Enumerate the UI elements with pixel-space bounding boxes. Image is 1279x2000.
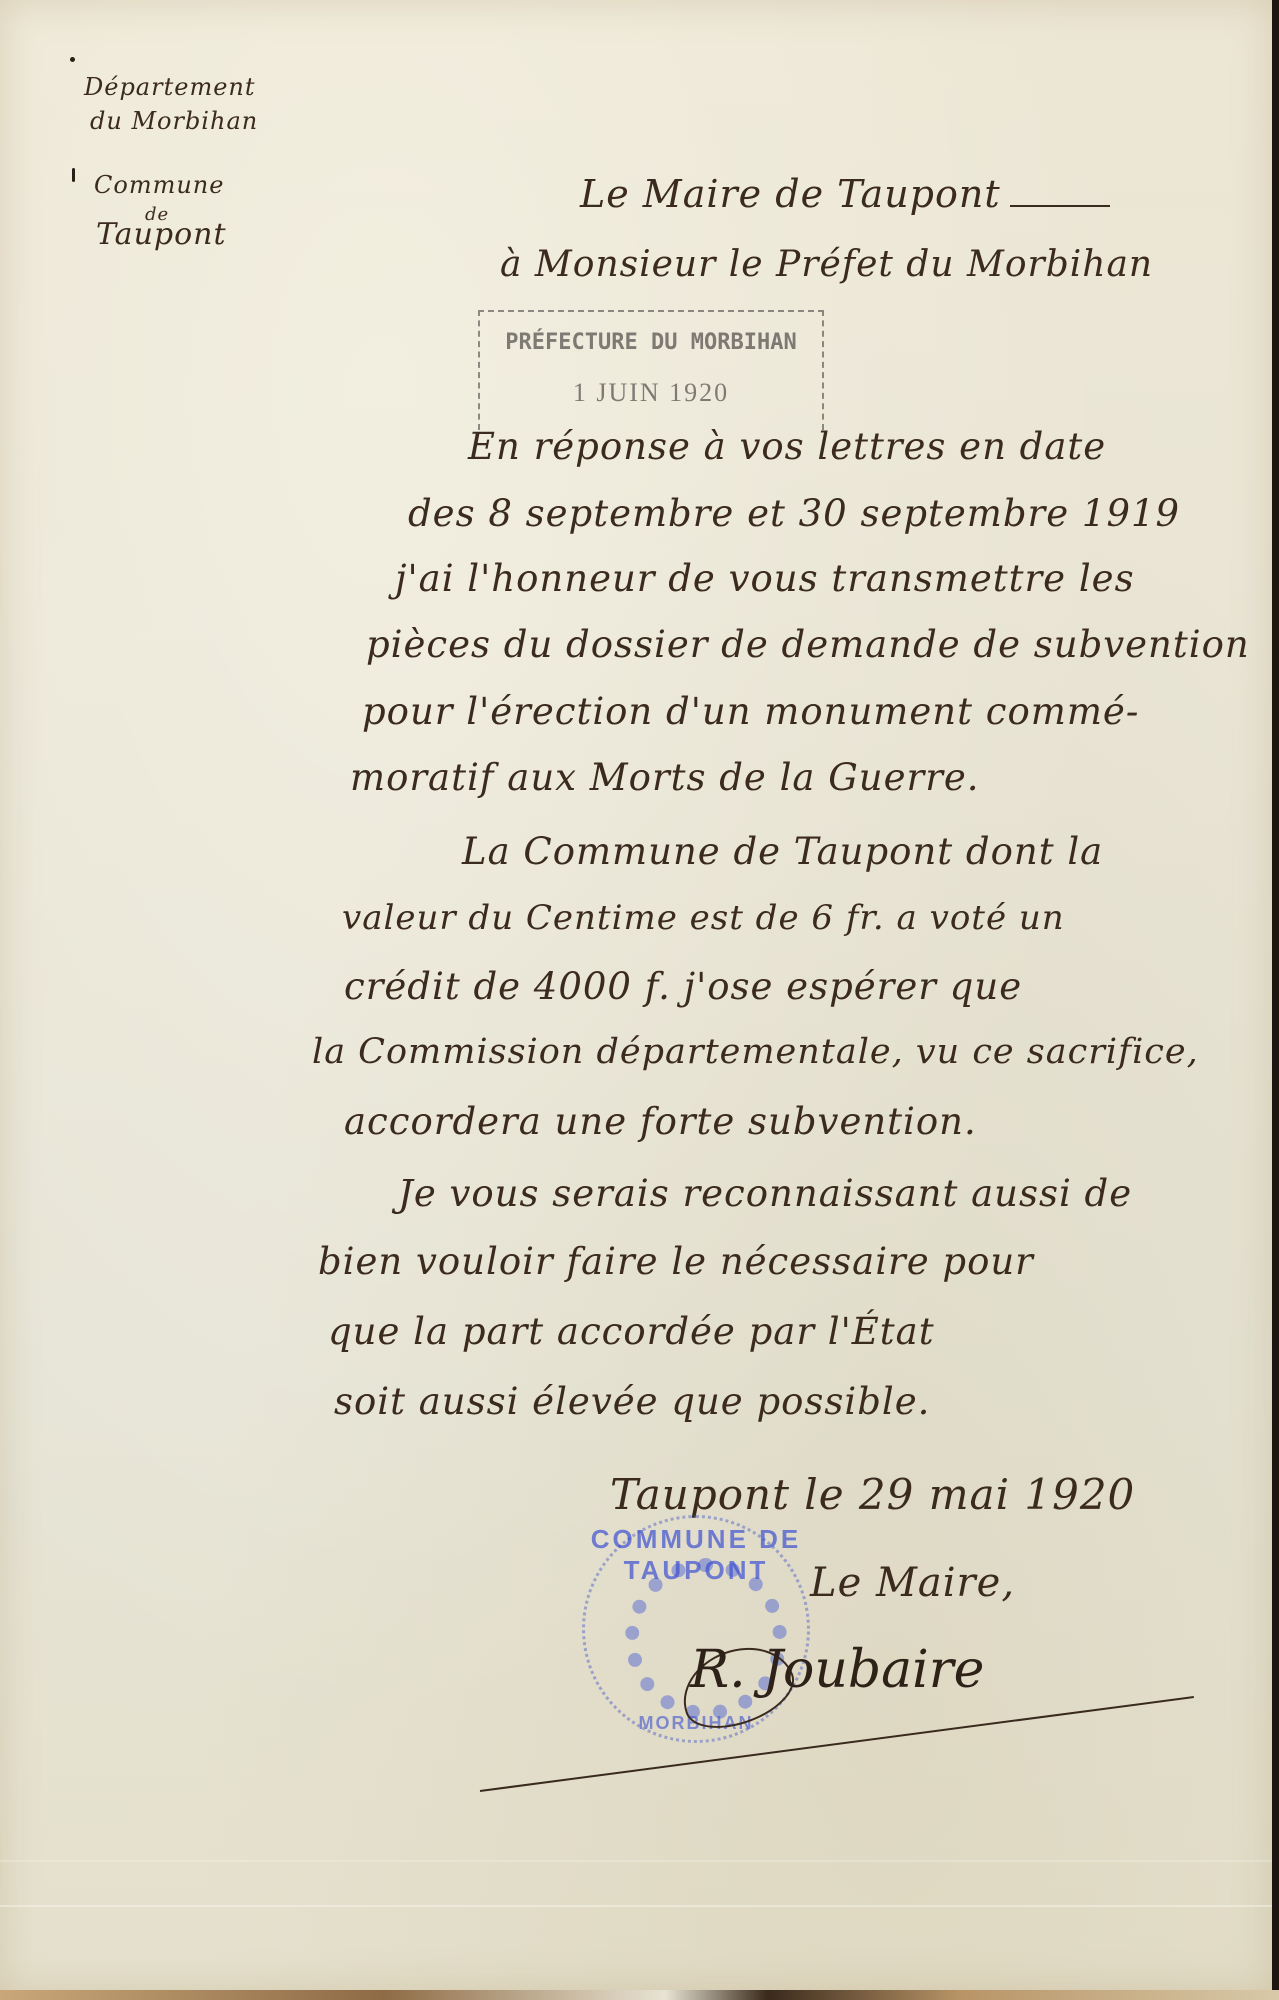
body-line: la Commission départementale, vu ce sacr… [312,1032,1199,1072]
mayor-signature: R. Joubaire [690,1640,984,1700]
letter-page: Département du Morbihan Commune de Taupo… [0,0,1272,1992]
scan-border-bottom [0,1990,1279,2000]
body-line: crédit de 4000 f. j'ose espérer que [344,965,1022,1008]
recipient-line: à Monsieur le Préfet du Morbihan [500,244,1153,285]
paper-fold-crease [0,1905,1272,1907]
body-line: pièces du dossier de demande de subventi… [366,623,1250,666]
sender-line: Le Maire de Taupont [580,172,1001,216]
place-date: Taupont le 29 mai 1920 [610,1470,1135,1519]
margin-department-name: du Morbihan [90,106,258,136]
seal-top-text: COMMUNE DE TAUPONT [585,1524,807,1586]
scan-border-right [1272,0,1279,2000]
signature-underline [480,1696,1194,1792]
body-line: valeur du Centime est de 6 fr. a voté un [342,898,1065,938]
body-line: Je vous serais reconnaissant aussi de [398,1172,1132,1215]
body-line: La Commune de Taupont dont la [462,830,1103,873]
margin-commune-name: Taupont [96,220,227,250]
body-line: accordera une forte subvention. [344,1100,977,1143]
paper-fold-crease [0,1860,1272,1862]
flourish-stroke [1010,205,1110,207]
body-line: moratif aux Morts de la Guerre. [350,756,980,799]
prefecture-received-stamp: PRÉFECTURE DU MORBIHAN 1 JUIN 1920 [478,310,824,430]
body-line: bien vouloir faire le nécessaire pour [318,1240,1034,1283]
ink-dot [70,57,75,62]
body-line: des 8 septembre et 30 septembre 1919 [408,492,1180,535]
body-line: soit aussi élevée que possible. [334,1380,930,1423]
ink-mark [72,168,75,182]
stamp-date-text: 1 JUIN 1920 [480,378,822,408]
margin-commune: Commune [94,170,224,200]
body-line: En réponse à vos lettres en date [468,425,1106,468]
signer-title: Le Maire, [810,1560,1015,1606]
margin-department: Département [84,72,256,102]
body-line: j'ai l'honneur de vous transmettre les [395,557,1135,600]
body-line: pour l'érection d'un monument commé- [362,690,1139,733]
stamp-prefecture-text: PRÉFECTURE DU MORBIHAN [486,330,816,355]
body-line: que la part accordée par l'État [328,1310,935,1353]
